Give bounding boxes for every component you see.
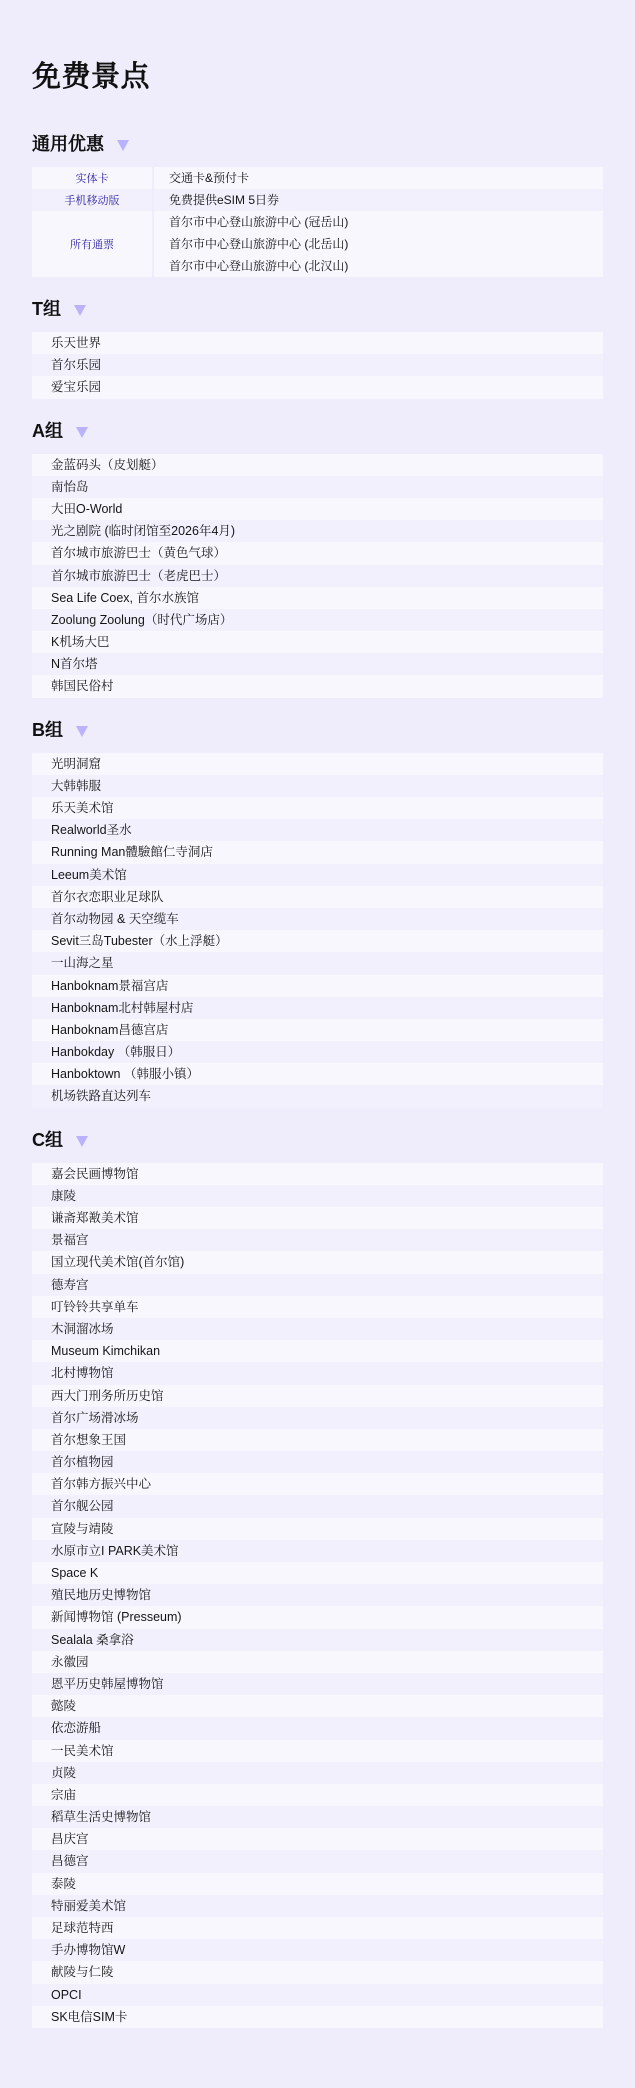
section-general-offers: 通用优惠 实体卡 交通卡&预付卡 手机移动版 免费提供eSIM 5日券 所有通票… [32,134,603,277]
list-item: 乐天美术馆 [32,797,603,819]
list-item: 宗庙 [32,1784,603,1806]
list-item: 景福宫 [32,1229,603,1251]
list-item: 木洞溜冰场 [32,1318,603,1340]
list-item: 爱宝乐园 [32,376,603,398]
list-item: 永徽园 [32,1651,603,1673]
triangle-down-icon[interactable] [76,427,88,438]
list-item: 光之剧院 (临时闭馆至2026年4月) [32,520,603,542]
triangle-down-icon[interactable] [117,140,129,151]
list-item: Space K [32,1562,603,1584]
offer-value: 交通卡&预付卡 [169,167,603,189]
page-title: 免费景点 [32,60,603,94]
list-item: 首尔城市旅游巴士（老虎巴士） [32,565,603,587]
list-item: 大田O-World [32,498,603,520]
list-item: 首尔城市旅游巴士（黄色气球） [32,542,603,564]
list-item: Sea Life Coex, 首尔水族馆 [32,587,603,609]
triangle-down-icon[interactable] [76,1136,88,1147]
section-group-a: A组 金蓝码头（皮划艇）南怡岛大田O-World光之剧院 (临时闭馆至2026年… [32,421,603,698]
list-item: 南怡岛 [32,476,603,498]
list-item: Hanboktown （韩服小镇） [32,1063,603,1085]
list-item: 金蓝码头（皮划艇） [32,454,603,476]
list-item: 一民美术馆 [32,1740,603,1762]
list-item: 谦斋郑敾美术馆 [32,1207,603,1229]
group-t-list: 乐天世界首尔乐园爱宝乐园 [32,332,603,399]
list-item: N首尔塔 [32,653,603,675]
list-item: SK电信SIM卡 [32,2006,603,2028]
list-item: Sevit三岛Tubester（水上浮艇） [32,930,603,952]
list-item: Museum Kimchikan [32,1340,603,1362]
list-item: 昌庆宫 [32,1828,603,1850]
list-item: 手办博物馆W [32,1939,603,1961]
list-item: 嘉会民画博物馆 [32,1163,603,1185]
list-item: OPCI [32,1984,603,2006]
section-title: C组 [32,1130,63,1150]
list-item: 宣陵与靖陵 [32,1518,603,1540]
list-item: Leeum美术馆 [32,864,603,886]
list-item: 韩国民俗村 [32,675,603,697]
list-item: 西大门刑务所历史馆 [32,1385,603,1407]
list-item: Hanboknam北村韩屋村店 [32,997,603,1019]
list-item: 首尔动物园 & 天空缆车 [32,908,603,930]
list-item: 昌德宫 [32,1850,603,1872]
list-item: 殖民地历史博物馆 [32,1584,603,1606]
offer-label: 手机移动版 [32,189,152,211]
section-heading-b[interactable]: B组 [32,720,603,740]
general-offers-table: 实体卡 交通卡&预付卡 手机移动版 免费提供eSIM 5日券 所有通票 首尔市中… [32,167,603,277]
list-item: 泰陵 [32,1873,603,1895]
list-item: 足球范特西 [32,1917,603,1939]
list-item: 一山海之星 [32,952,603,974]
list-item: 首尔广场滑冰场 [32,1407,603,1429]
list-item: 康陵 [32,1185,603,1207]
list-item: Hanboknam昌德宫店 [32,1019,603,1041]
list-item: 稻草生活史博物馆 [32,1806,603,1828]
section-group-c: C组 嘉会民画博物馆康陵谦斋郑敾美术馆景福宫国立现代美术馆(首尔馆)德寿宫叮铃铃… [32,1130,603,2028]
list-item: 恩平历史韩屋博物馆 [32,1673,603,1695]
section-title: T组 [32,299,61,319]
offer-value: 首尔市中心登山旅游中心 (北汉山) [169,255,603,277]
list-item: 懿陵 [32,1695,603,1717]
list-item: 特丽爱美术馆 [32,1895,603,1917]
group-b-list: 光明洞窟大韩韩服乐天美术馆Realworld圣水Running Man體驗館仁寺… [32,753,603,1108]
list-item: Running Man體驗館仁寺洞店 [32,841,603,863]
section-title: 通用优惠 [32,134,104,154]
list-item: 北村博物馆 [32,1362,603,1384]
list-item: 大韩韩服 [32,775,603,797]
list-item: K机场大巴 [32,631,603,653]
list-item: 叮铃铃共享单车 [32,1296,603,1318]
section-heading-c[interactable]: C组 [32,1130,603,1150]
triangle-down-icon[interactable] [76,726,88,737]
free-attractions-page: 免费景点 通用优惠 实体卡 交通卡&预付卡 手机移动版 免费提供eSIM 5日券… [0,0,635,2088]
list-item: 献陵与仁陵 [32,1961,603,1983]
group-c-list: 嘉会民画博物馆康陵谦斋郑敾美术馆景福宫国立现代美术馆(首尔馆)德寿宫叮铃铃共享单… [32,1163,603,2028]
list-item: 光明洞窟 [32,753,603,775]
offer-label: 实体卡 [32,167,152,189]
group-a-list: 金蓝码头（皮划艇）南怡岛大田O-World光之剧院 (临时闭馆至2026年4月)… [32,454,603,698]
list-item: 国立现代美术馆(首尔馆) [32,1251,603,1273]
list-item: 依恋游船 [32,1717,603,1739]
offer-values: 首尔市中心登山旅游中心 (冠岳山) 首尔市中心登山旅游中心 (北岳山) 首尔市中… [154,211,603,277]
list-item: 首尔植物园 [32,1451,603,1473]
list-item: 首尔乐园 [32,354,603,376]
triangle-down-icon[interactable] [74,305,86,316]
list-item: 机场铁路直达列车 [32,1085,603,1107]
list-item: 贞陵 [32,1762,603,1784]
list-item: 首尔衣恋职业足球队 [32,886,603,908]
offer-value: 免费提供eSIM 5日券 [169,189,603,211]
list-item: 水原市立I PARK美术馆 [32,1540,603,1562]
offer-values: 免费提供eSIM 5日券 [154,189,603,211]
list-item: Zoolung Zoolung（时代广场店） [32,609,603,631]
list-item: 首尔舰公园 [32,1495,603,1517]
list-item: 首尔想象王国 [32,1429,603,1451]
section-title: A组 [32,421,63,441]
list-item: 首尔韩方振兴中心 [32,1473,603,1495]
list-item: Realworld圣水 [32,819,603,841]
offer-value: 首尔市中心登山旅游中心 (北岳山) [169,233,603,255]
list-item: Hanboknam景福宫店 [32,975,603,997]
section-heading-general[interactable]: 通用优惠 [32,134,603,154]
section-heading-a[interactable]: A组 [32,421,603,441]
list-item: 新闻博物馆 (Presseum) [32,1606,603,1628]
list-item: 乐天世界 [32,332,603,354]
section-title: B组 [32,720,63,740]
offer-value: 首尔市中心登山旅游中心 (冠岳山) [169,211,603,233]
list-item: Sealala 桑拿浴 [32,1629,603,1651]
offer-label: 所有通票 [32,211,152,277]
list-item: Hanbokday （韩服日） [32,1041,603,1063]
section-group-t: T组 乐天世界首尔乐园爱宝乐园 [32,299,603,399]
offer-values: 交通卡&预付卡 [154,167,603,189]
section-group-b: B组 光明洞窟大韩韩服乐天美术馆Realworld圣水Running Man體驗… [32,720,603,1108]
list-item: 德寿宫 [32,1274,603,1296]
section-heading-t[interactable]: T组 [32,299,603,319]
